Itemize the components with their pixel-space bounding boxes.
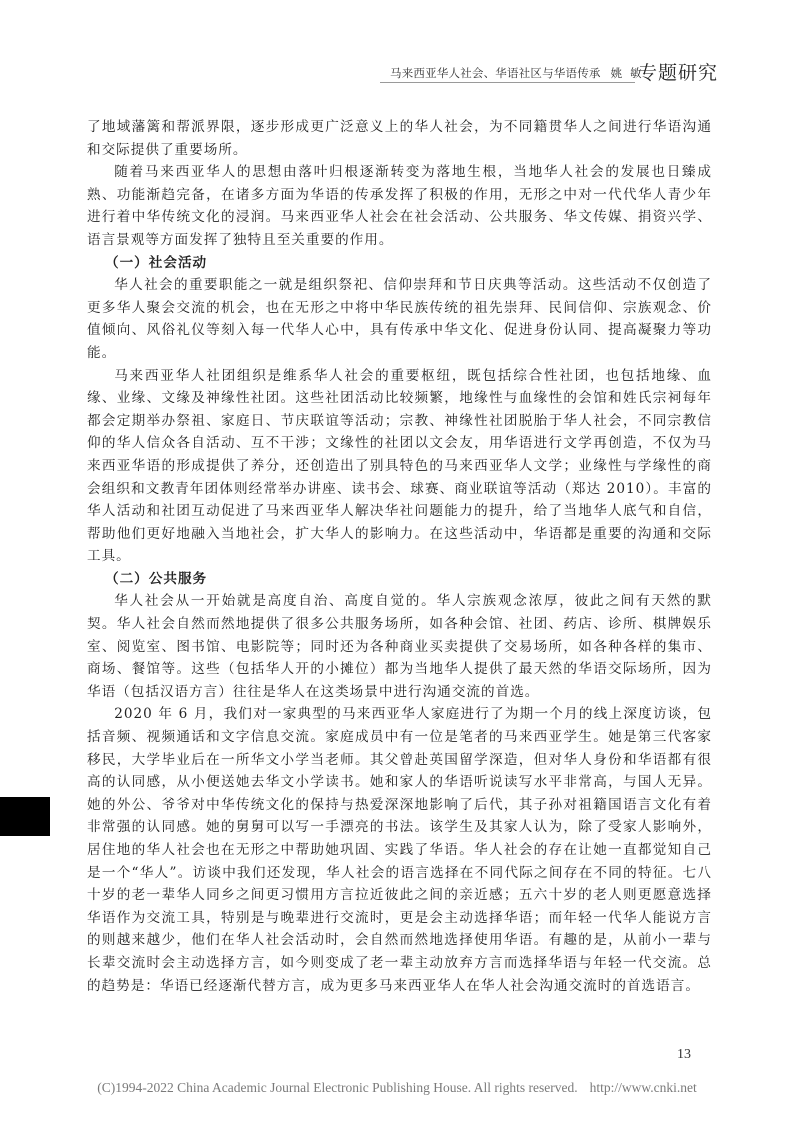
section-label: 专题研究	[638, 58, 718, 85]
paragraph: 2020 年 6 月，我们对一家典型的马来西亚华人家庭进行了为期一个月的线上深度…	[87, 703, 712, 997]
running-title-text: 马来西亚华人社会、华语社区与华语传承	[390, 66, 601, 80]
copyright-footer: (C)1994-2022 China Academic Journal Elec…	[0, 1080, 794, 1096]
header-rule	[380, 82, 635, 83]
running-title: 马来西亚华人社会、华语社区与华语传承姚敏	[390, 65, 650, 81]
paragraph: 了地域藩篱和帮派界限，逐步形成更广泛意义上的华人社会，为不同籍贯华人之间进行华语…	[87, 116, 712, 161]
paragraph: 华人社会从一开始就是高度自治、高度自觉的。华人宗族观念浓厚，彼此之间有天然的默契…	[87, 590, 712, 703]
running-header: 马来西亚华人社会、华语社区与华语传承姚敏 专题研究	[380, 56, 720, 86]
section-heading-social-activities: （一）社会活动	[87, 252, 712, 275]
paragraph: 华人社会的重要职能之一就是组织祭祀、信仰崇拜和节日庆典等活动。这些活动不仅创造了…	[87, 274, 712, 364]
copyright-text: (C)1994-2022 China Academic Journal Elec…	[97, 1080, 577, 1095]
footer-url: http://www.cnki.net	[590, 1080, 697, 1095]
paragraph: 随着马来西亚华人的思想由落叶归根逐渐转变为落地生根，当地华人社会的发展也日臻成熟…	[87, 161, 712, 251]
paragraph: 马来西亚华人社团组织是维系华人社会的重要枢纽，既包括综合性社团，也包括地缘、血缘…	[87, 365, 712, 568]
side-thumb-tab	[0, 797, 50, 836]
page-number: 13	[677, 1047, 691, 1063]
section-heading-public-services: （二）公共服务	[87, 568, 712, 591]
article-body: 了地域藩篱和帮派界限，逐步形成更广泛意义上的华人社会，为不同籍贯华人之间进行华语…	[87, 116, 712, 997]
